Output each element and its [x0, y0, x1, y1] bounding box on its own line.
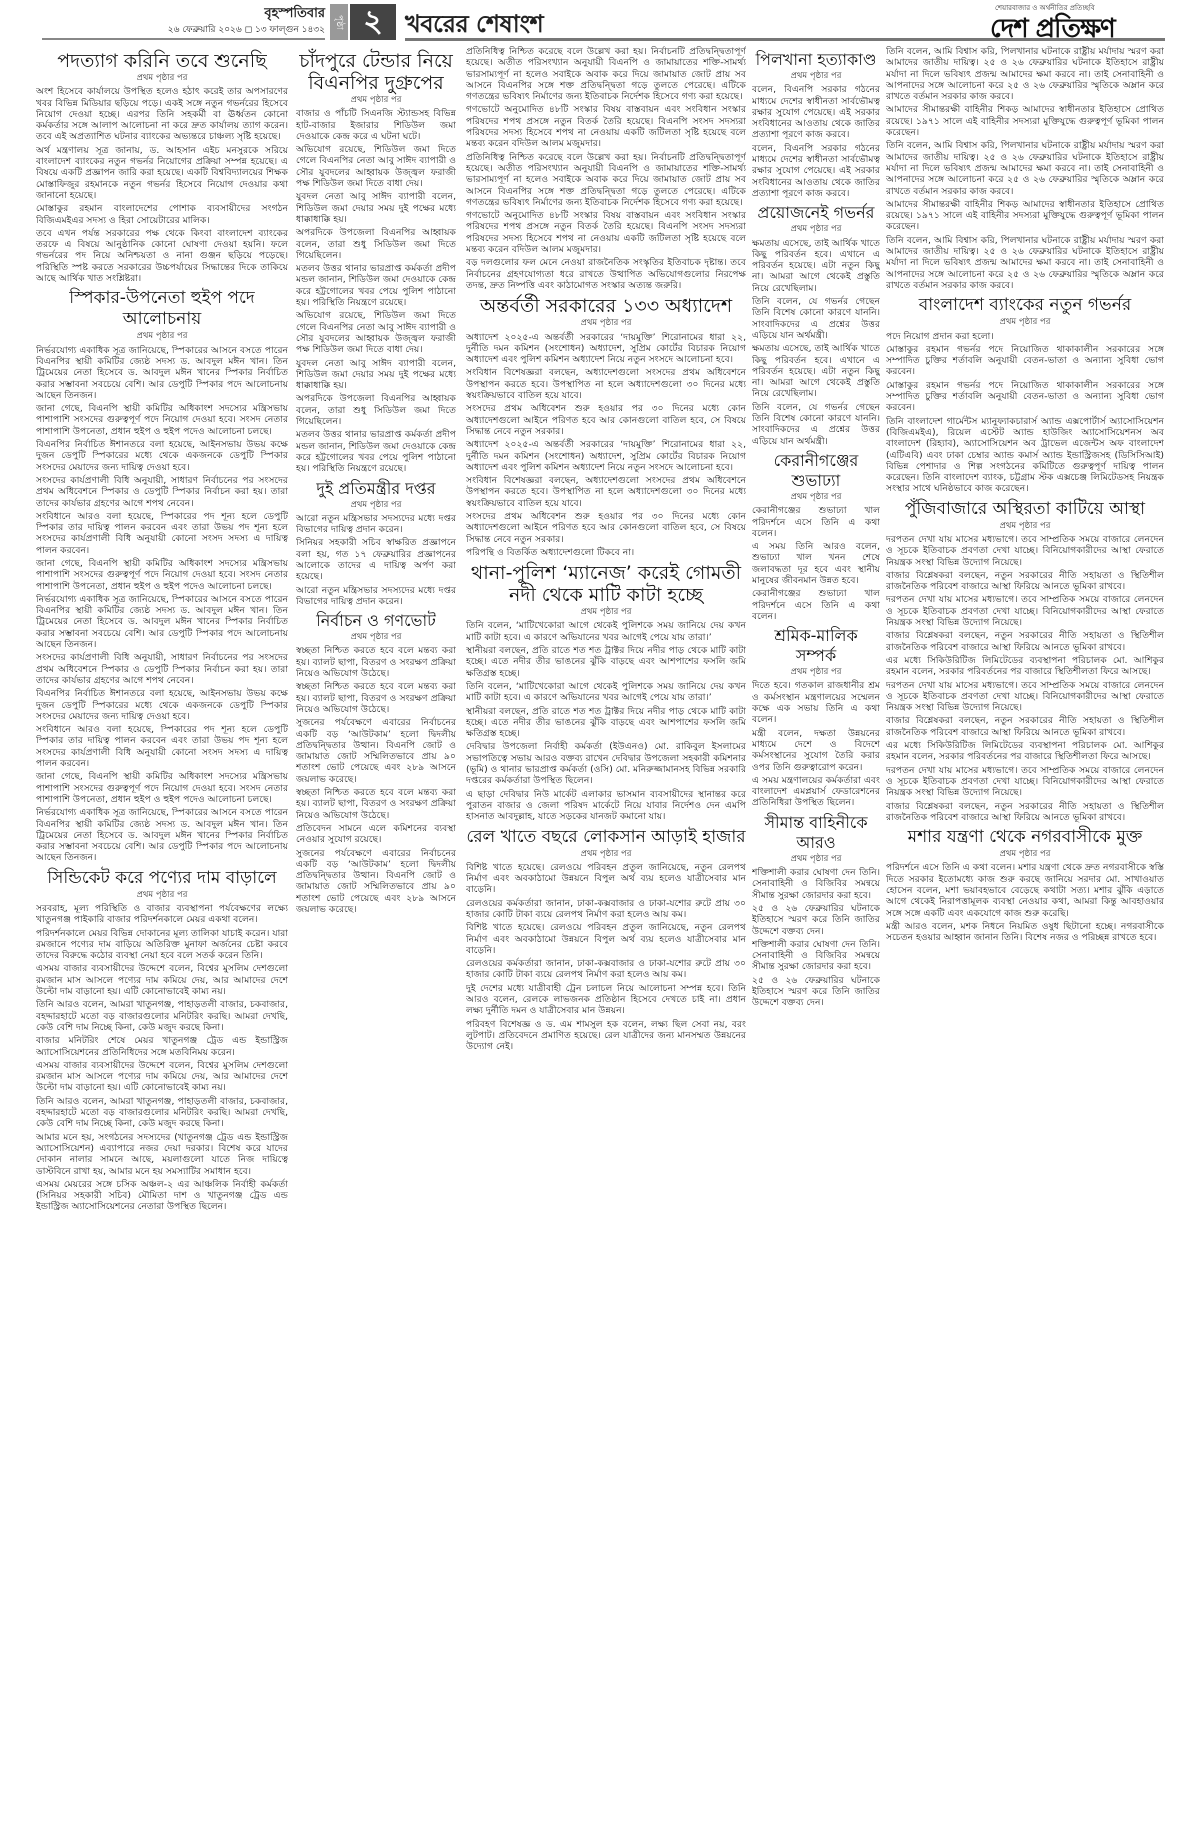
page-number: ২ [350, 4, 396, 40]
paragraph: ২৫ ও ২৬ ফেব্রুয়ারির ঘটনাকে ইতিহাসে স্মর… [752, 975, 880, 1009]
paragraph: অর্থ মন্ত্রণালয় সূত্র জানায়, ড. আহসান … [36, 145, 288, 201]
paragraph: বাজার মনিটরিং শেষে মেয়র খাতুনগঞ্জ ট্রেড… [36, 1035, 288, 1058]
paragraph: আমাদের সীমান্তরক্ষী বাহিনীর শিকড় আমাদের… [886, 199, 1164, 233]
column-3: প্রতিনিধিত্ব নিশ্চিত করেছে বলে উল্লেখ কর… [466, 46, 746, 1816]
paragraph: দরপতন দেখা যায় মাসের মধ্যভাগে। তবে সাম্… [886, 680, 1164, 714]
paragraph: স্বচ্ছতা নিশ্চিত করতে হবে বলে মন্তব্য কর… [296, 787, 456, 821]
article-syndicate: সিন্ডিকেট করে পণ্যের দাম বাড়ালে প্রথম প… [36, 868, 288, 1213]
headline: কেরানীগঞ্জের শুভাঢ্যা [752, 451, 880, 491]
paragraph: ক্ষমতায় এসেছে, তাই আর্থিক খাতে কিছু পরি… [752, 343, 880, 399]
headline: সিন্ডিকেট করে পণ্যের দাম বাড়ালে [36, 868, 288, 889]
continuation-label: প্রথম পৃষ্ঠার পর [752, 224, 880, 235]
paragraph: বাজার বিশ্লেষকরা বলছেন, নতুন সরকারের নীত… [886, 715, 1164, 738]
paragraph: তিনি বলেন, আমি বিশ্বাস করি, পিলখানার ঘটন… [886, 140, 1164, 196]
paragraph: গণভোটে অনুমোদিত ৪৮টি সংস্কার বিষয় বাস্ত… [466, 104, 746, 149]
paragraph: ক্ষমতায় এসেছে, তাই আর্থিক খাতে কিছু পরি… [752, 238, 880, 294]
paragraph: অপরদিকে উপজেলা বিএনপির আহ্বায়ক বলেন, তা… [296, 393, 456, 427]
headline: স্পিকার-উপনেতা হুইপ পদে আলোচনায় [36, 288, 288, 330]
paragraph: আমার মনে হয়, সংগঠনের সদস্যদের (খাতুনগঞ্… [36, 1132, 288, 1177]
paragraph: সংসদের প্রথম অধিবেশন শুরু হওয়ার পর ৩০ দ… [466, 511, 746, 545]
paragraph: তিনি আরও বলেন, আমরা খাতুনগঞ্জ, পাহাড়তলী… [36, 1096, 288, 1130]
paragraph: সংবিধান বিশেষজ্ঞরা বলছেন, অধ্যাদেশগুলো স… [466, 475, 746, 509]
paragraph: অভিযোগ রয়েছে, শিডিউল জমা দিতে গেলে বিএন… [296, 310, 456, 355]
paragraph: দুই দেশের মধ্যে যাত্রীবাহী ট্রেন চলাচল ন… [466, 983, 746, 1017]
paragraph: সরবরাহ, মূল্য পরিস্থিতি ও বাজার ব্যবস্থা… [36, 903, 288, 926]
paragraph: বিশিষ্ট খাতে হয়েছে। রেলওয়ে পরিবহন প্রত… [466, 862, 746, 896]
paragraph: শক্তিশালী করার ঘোষণা দেন তিনি। সেনাবাহিন… [752, 939, 880, 973]
paragraph: প্রতিনিধিত্ব নিশ্চিত করেছে বলে উল্লেখ কর… [466, 46, 746, 102]
paragraph: সুজনের পর্যবেক্ষণে এবারের নির্বাচনের একট… [296, 848, 456, 916]
date-line: ২৬ ফেব্রুয়ারি ২০২৬ ◻ ১৩ ফাল্গুন ১৪৩২ [168, 22, 325, 37]
paragraph: তিনি বাংলাদেশ গার্মেন্টস ম্যানুফ্যাকচারা… [886, 416, 1164, 495]
headline: পিলখানা হত্যাকাণ্ড [752, 50, 880, 70]
paragraph: স্বচ্ছতা নিশ্চিত করতে হবে বলে মন্তব্য কর… [296, 645, 456, 679]
article-election-referendum: নির্বাচন ও গণভোট প্রথম পৃষ্ঠার পর স্বচ্ছ… [296, 611, 456, 915]
masthead: বৃহস্পতিবার ২৬ ফেব্রুয়ারি ২০২৬ ◻ ১৩ ফাল… [0, 0, 1200, 44]
continuation-label: প্রথম পৃষ্ঠার পর [752, 492, 880, 503]
paragraph: দরপতন দেখা যায় মাসের মধ্যভাগে। তবে সাম্… [886, 765, 1164, 799]
paragraph: অধ্যাদেশ ২০২৫-এ অন্তর্বর্তী সরকারের ‘দায… [466, 332, 746, 366]
paragraph: নির্ভরযোগ্য একাধিক সূত্র জানিয়েছে, স্পি… [36, 594, 288, 650]
paragraph: গণভোটে অনুমোদিত ৪৮টি সংস্কার বিষয় বাস্ত… [466, 210, 746, 255]
paragraph: যুবদল নেতা আবু সাঈদ ব্যাপারী বলেন, শিডিউ… [296, 191, 456, 225]
paragraph: পরিপন্থি ও বিতর্কিত অধ্যাদেশগুলো টিকবে ন… [466, 547, 746, 558]
article-new-governor: বাংলাদেশ ব্যাংকের নতুন গভর্নর প্রথম পৃষ্… [886, 295, 1164, 494]
paragraph: সংবিধান বিশেষজ্ঞরা বলছেন, অধ্যাদেশগুলো স… [466, 367, 746, 401]
continuation-label: প্রথম পৃষ্ঠার পর [752, 667, 880, 678]
paragraph: বাজার বিশ্লেষকরা বলছেন, নতুন সরকারের নীত… [886, 570, 1164, 593]
paragraph: স্থানীয়রা বলছেন, প্রতি রাতে শত শত ট্রাক… [466, 645, 746, 679]
article-railway-loss: রেল খাতে বছরে লোকসান আড়াই হাজার প্রথম প… [466, 827, 746, 1053]
article-capital-market: পুঁজিবাজারে অস্থিরতা কাটিয়ে আস্থা প্রথম… [886, 499, 1164, 823]
continuation-label: প্রথম পৃষ্ঠার পর [466, 318, 746, 329]
continuation-label: প্রথম পৃষ্ঠার পর [296, 95, 456, 106]
paragraph: মোস্তাকুর রহমান গভর্নর পদে নিয়োজিত থাকা… [886, 380, 1164, 414]
paragraph: তিনি আরও বলেন, আমরা খাতুনগঞ্জ, পাহাড়তলী… [36, 999, 288, 1033]
article-pilkhana-cont: তিনি বলেন, আমি বিশ্বাস করি, পিলখানার ঘটন… [886, 46, 1164, 291]
continuation-label: প্রথম পৃষ্ঠার পর [296, 500, 456, 511]
continuation-label: প্রথম পৃষ্ঠার পর [466, 607, 746, 618]
paragraph: সংসদের প্রথম অধিবেশন শুরু হওয়ার পর ৩০ দ… [466, 403, 746, 437]
headline: মশার যন্ত্রণা থেকে নগরবাসীকে মুক্ত [886, 827, 1164, 848]
paragraph: মতলব উত্তর থানার ভারপ্রাপ্ত কর্মকর্তা প্… [296, 263, 456, 308]
paragraph: দেবিদ্বার উপজেলা নির্বাহী কর্মকর্তা (ইউএ… [466, 741, 746, 786]
article-keraniganj: কেরানীগঞ্জের শুভাঢ্যা প্রথম পৃষ্ঠার পর ক… [752, 451, 880, 622]
column-1: পদত্যাগ করিনি তবে শুনেছি প্রথম পৃষ্ঠার প… [36, 46, 288, 1816]
paragraph: এর মধ্যে সিকিউরিটিজ লিমিটেডের ব্যবস্থাপন… [886, 740, 1164, 763]
paragraph: বিএনপির নির্বাচিত ঈশানতরে বলা হয়েছে, আই… [36, 439, 288, 473]
paragraph: বলেন, বিএনপি সরকার গঠনের মাধ্যমে দেশের স… [752, 84, 880, 140]
continuation-label: প্রথম পৃষ্ঠার পর [752, 71, 880, 82]
paragraph: রেলওয়ের কর্মকর্তারা জানান, ঢাকা-কক্সবাজ… [466, 898, 746, 921]
paragraph: বিশিষ্ট খাতে হয়েছে। রেলওয়ে পরিবহন প্রত… [466, 922, 746, 956]
headline: সীমান্ত বাহিনীকে আরও [752, 813, 880, 853]
article-election-lead: প্রতিনিধিত্ব নিশ্চিত করেছে বলে উল্লেখ কর… [466, 46, 746, 291]
paragraph: তিনি বলেন, ‘মাটিখেকোরা আগে থেকেই পুলিশকে… [466, 620, 746, 643]
continuation-label: প্রথম পৃষ্ঠার পর [296, 632, 456, 643]
paragraph: ২৫ ও ২৬ ফেব্রুয়ারির ঘটনাকে ইতিহাসে স্মর… [752, 903, 880, 937]
paragraph: পরিদর্শনে এসে তিনি এ কথা বলেন। মশার যন্ত… [886, 862, 1164, 918]
paragraph: আমাদের সীমান্তরক্ষী বাহিনীর শিকড় আমাদের… [886, 104, 1164, 138]
paragraph: আরো নতুন মন্ত্রিসভার সদস্যদের মধ্যে দপ্ত… [296, 585, 456, 608]
paragraph: এসময় বাজার ব্যবসায়ীদের উদ্দেশে বলেন, ব… [36, 963, 288, 997]
paragraph: প্রতিনিধিত্ব নিশ্চিত করেছে বলে উল্লেখ কর… [466, 152, 746, 208]
paragraph: আরো নতুন মন্ত্রিসভার সদস্যদের মধ্যে দপ্ত… [296, 513, 456, 536]
article-speaker: স্পিকার-উপনেতা হুইপ পদে আলোচনায় প্রথম প… [36, 288, 288, 863]
paragraph: এসময় মেয়রের সঙ্গে চসিক অঞ্চল-২ এর আঞ্চ… [36, 1179, 288, 1213]
paragraph: দিতে হবে। গতকাল রাজধানীর শ্রম ও কর্মসংস্… [752, 680, 880, 725]
paragraph: তিনি বলেন, যে গভর্নর গেছেন তিনি বিশেষ কো… [752, 296, 880, 341]
paragraph: স্বচ্ছতা নিশ্চিত করতে হবে বলে মন্তব্য কর… [296, 681, 456, 715]
paragraph: স্থানীয়রা বলছেন, প্রতি রাতে শত শত ট্রাক… [466, 706, 746, 740]
paragraph: তিনি বলেন, আমি বিশ্বাস করি, পিলখানার ঘটন… [886, 235, 1164, 291]
paragraph: জানা গেছে, বিএনপি স্থায়ী কমিটির অধিকাংশ… [36, 403, 288, 437]
paragraph: রেলওয়ের কর্মকর্তারা জানান, ঢাকা-কক্সবাজ… [466, 958, 746, 981]
paragraph: বড় দলগুলোর ফল মেনে নেওয়া রাজনৈতিক সংস্… [466, 257, 746, 291]
paragraph: বাজার বিশ্লেষকরা বলছেন, নতুন সরকারের নীত… [886, 630, 1164, 653]
article-ordinances: অন্তর্বর্তী সরকারের ১৩৩ অধ্যাদেশ প্রথম প… [466, 295, 746, 558]
paragraph: নির্ভরযোগ্য একাধিক সূত্র জানিয়েছে, স্পি… [36, 807, 288, 863]
paragraph: কেরানীগঞ্জের শুভাঢ্যা খাল পরিদর্শনে এসে … [752, 588, 880, 622]
paragraph: নির্ভরযোগ্য একাধিক সূত্র জানিয়েছে, স্পি… [36, 345, 288, 401]
paragraph: তিনি বলেন, আমি বিশ্বাস করি, পিলখানার ঘটন… [886, 46, 1164, 102]
article-governor-need: প্রয়োজনেই গভর্নর প্রথম পৃষ্ঠার পর ক্ষমত… [752, 203, 880, 447]
paragraph: সংবিধানে আরও বলা হয়েছে, স্পিকারের পদ শূ… [36, 511, 288, 556]
paragraph: বিএনপির নির্বাচিত ঈশানতরে বলা হয়েছে, আই… [36, 688, 288, 722]
paragraph: সুজনের পর্যবেক্ষণে এবারের নির্বাচনের একট… [296, 717, 456, 785]
headline: নির্বাচন ও গণভোট [296, 611, 456, 631]
continuation-label: প্রথম পৃষ্ঠার পর [36, 73, 288, 84]
paragraph: যুবদল নেতা আবু সাঈদ ব্যাপারী বলেন, শিডিউ… [296, 358, 456, 392]
headline: প্রয়োজনেই গভর্নর [752, 203, 880, 223]
paragraph: অংশ হিসেবে কার্যালয়ে উপস্থিত হলেও হঠাৎ … [36, 86, 288, 142]
continuation-label: প্রথম পৃষ্ঠার পর [36, 890, 288, 901]
headline: অন্তর্বর্তী সরকারের ১৩৩ অধ্যাদেশ [466, 295, 746, 317]
paragraph: অধ্যাদেশ ২০২৫-এ অন্তর্বর্তী সরকারের ‘দায… [466, 439, 746, 473]
continuation-label: প্রথম পৃষ্ঠার পর [886, 849, 1164, 860]
paragraph: সিনিয়র সহকারী সচিব স্বাক্ষরিত প্রজ্ঞাপন… [296, 537, 456, 582]
paragraph: অপরদিকে উপজেলা বিএনপির আহ্বায়ক বলেন, তা… [296, 227, 456, 261]
paragraph: পদে নিয়োগ প্রদান করা হলো। [886, 331, 1164, 342]
paragraph: প্রতিবেদন সামনে এলে কমিশনের ব্যবস্থা নেও… [296, 823, 456, 846]
page-label: পৃষ্ঠা [330, 4, 348, 40]
headline: থানা-পুলিশ ‘ম্যানেজ’ করেই গোমতী নদী থেকে… [466, 562, 746, 606]
paragraph: বলেন, বিএনপি সরকার গঠনের মাধ্যমে দেশের স… [752, 143, 880, 199]
article-chandpur: চাঁদপুরে টেন্ডার নিয়ে বিএনপির দুগ্রুপের… [296, 50, 456, 475]
paragraph: তিনি বলেন, যে গভর্নর গেছেন তিনি বিশেষ কো… [752, 402, 880, 447]
paragraph: মন্ত্রী বলেন, দক্ষতা উন্নয়নের মাধ্যমে দ… [752, 728, 880, 773]
headline: বাংলাদেশ ব্যাংকের নতুন গভর্নর [886, 295, 1164, 316]
column-5: তিনি বলেন, আমি বিশ্বাস করি, পিলখানার ঘটন… [886, 46, 1164, 1816]
paragraph: সংবিধানে আরও বলা হয়েছে, স্পিকারের পদ শূ… [36, 724, 288, 769]
paragraph: দরপতন দেখা যায় মাসের মধ্যভাগে। তবে সাম্… [886, 594, 1164, 628]
column-2: চাঁদপুরে টেন্ডার নিয়ে বিএনপির দুগ্রুপের… [296, 46, 456, 1816]
paragraph: সংসদের কার্যপ্রণালী বিধি অনুযায়ী, সাধার… [36, 652, 288, 686]
paragraph: বাজার বিশ্লেষকরা বলছেন, নতুন সরকারের নীত… [886, 801, 1164, 824]
headline: শ্রমিক-মালিক সম্পর্ক [752, 626, 880, 666]
paragraph: এর মধ্যে সিকিউরিটিজ লিমিটেডের ব্যবস্থাপন… [886, 655, 1164, 678]
article-border-force: সীমান্ত বাহিনীকে আরও প্রথম পৃষ্ঠার পর শক… [752, 813, 880, 1009]
paragraph: তিনি বলেন, ‘মাটিখেকোরা আগে থেকেই পুলিশকে… [466, 681, 746, 704]
headline: পদত্যাগ করিনি তবে শুনেছি [36, 50, 288, 72]
paragraph: জানা গেছে, বিএনপি স্থায়ী কমিটির অধিকাংশ… [36, 771, 288, 805]
masthead-rule-left [42, 38, 325, 40]
paragraph: এ ছাড়া দেবিদ্বার নিউ মার্কেট এলাকার ভাস… [466, 789, 746, 823]
headline: রেল খাতে বছরে লোকসান আড়াই হাজার [466, 827, 746, 848]
paragraph: দরপতন দেখা যায় মাসের মধ্যভাগে। তবে সাম্… [886, 534, 1164, 568]
paragraph: মোস্তাকুর রহমান বাংলাদেশের পোশাক ব্যবসায… [36, 203, 288, 226]
paragraph: জানা গেছে, বিএনপি স্থায়ী কমিটির অধিকাংশ… [36, 558, 288, 592]
article-pilkhana: পিলখানা হত্যাকাণ্ড প্রথম পৃষ্ঠার পর বলেন… [752, 50, 880, 199]
continuation-label: প্রথম পৃষ্ঠার পর [752, 854, 880, 865]
headline: চাঁদপুরে টেন্ডার নিয়ে বিএনপির দুগ্রুপের [296, 50, 456, 94]
article-labor-relations: শ্রমিক-মালিক সম্পর্ক প্রথম পৃষ্ঠার পর দি… [752, 626, 880, 809]
continuation-label: প্রথম পৃষ্ঠার পর [886, 521, 1164, 532]
paragraph: পরিদর্শনকালে মেয়র বিভিন্ন দোকানের মূল্য… [36, 928, 288, 962]
paragraph: কেরানীগঞ্জের শুভাঢ্যা খাল পরিদর্শনে এসে … [752, 505, 880, 539]
paragraph: এসময় বাজার ব্যবসায়ীদের উদ্দেশে বলেন, ব… [36, 1060, 288, 1094]
paragraph: সংসদের কার্যপ্রণালী বিধি অনুযায়ী, সাধার… [36, 475, 288, 509]
paragraph: অভিযোগ রয়েছে, শিডিউল জমা দিতে গেলে বিএন… [296, 144, 456, 189]
paragraph: এ সময় তিনি আরও বলেন, শুভাঢ্যা খাল খনন শ… [752, 541, 880, 586]
column-4: পিলখানা হত্যাকাণ্ড প্রথম পৃষ্ঠার পর বলেন… [752, 46, 880, 1816]
paragraph: মতলব উত্তর থানার ভারপ্রাপ্ত কর্মকর্তা প্… [296, 429, 456, 474]
article-mosquito: মশার যন্ত্রণা থেকে নগরবাসীকে মুক্ত প্রথম… [886, 827, 1164, 943]
headline: পুঁজিবাজারে অস্থিরতা কাটিয়ে আস্থা [886, 499, 1164, 520]
paragraph: বাজার ও পাঁচটি সিএনজি স্ট্যান্ডসহ বিভিন্… [296, 108, 456, 142]
article-resignation: পদত্যাগ করিনি তবে শুনেছি প্রথম পৃষ্ঠার প… [36, 50, 288, 284]
paragraph: পরিবহণ বিশেষজ্ঞ ও ড. এম শামসুল হক বলেন, … [466, 1019, 746, 1053]
article-gomti-river: থানা-পুলিশ ‘ম্যানেজ’ করেই গোমতী নদী থেকে… [466, 562, 746, 822]
continuation-label: প্রথম পৃষ্ঠার পর [466, 849, 746, 860]
paragraph: মন্ত্রী আরও বলেন, মশক নিধনে নিয়মিত ওষুধ… [886, 921, 1164, 944]
paragraph: মোস্তাকুর রহমান গভর্নর পদে নিয়োজিত থাকা… [886, 344, 1164, 378]
headline: দুই প্রতিমন্ত্রীর দপ্তর [296, 479, 456, 499]
paragraph: এ সময় মন্ত্রণালয়ের কর্মকর্তারা এবং বাং… [752, 775, 880, 809]
article-state-ministers: দুই প্রতিমন্ত্রীর দপ্তর প্রথম পৃষ্ঠার পর… [296, 479, 456, 608]
continuation-label: প্রথম পৃষ্ঠার পর [36, 331, 288, 342]
paragraph: শক্তিশালী করার ঘোষণা দেন তিনি। সেনাবাহিন… [752, 867, 880, 901]
paragraph: তবে এখন পর্যন্ত সরকারের পক্ষ থেকে কিংবা … [36, 228, 288, 284]
continuation-label: প্রথম পৃষ্ঠার পর [886, 317, 1164, 328]
